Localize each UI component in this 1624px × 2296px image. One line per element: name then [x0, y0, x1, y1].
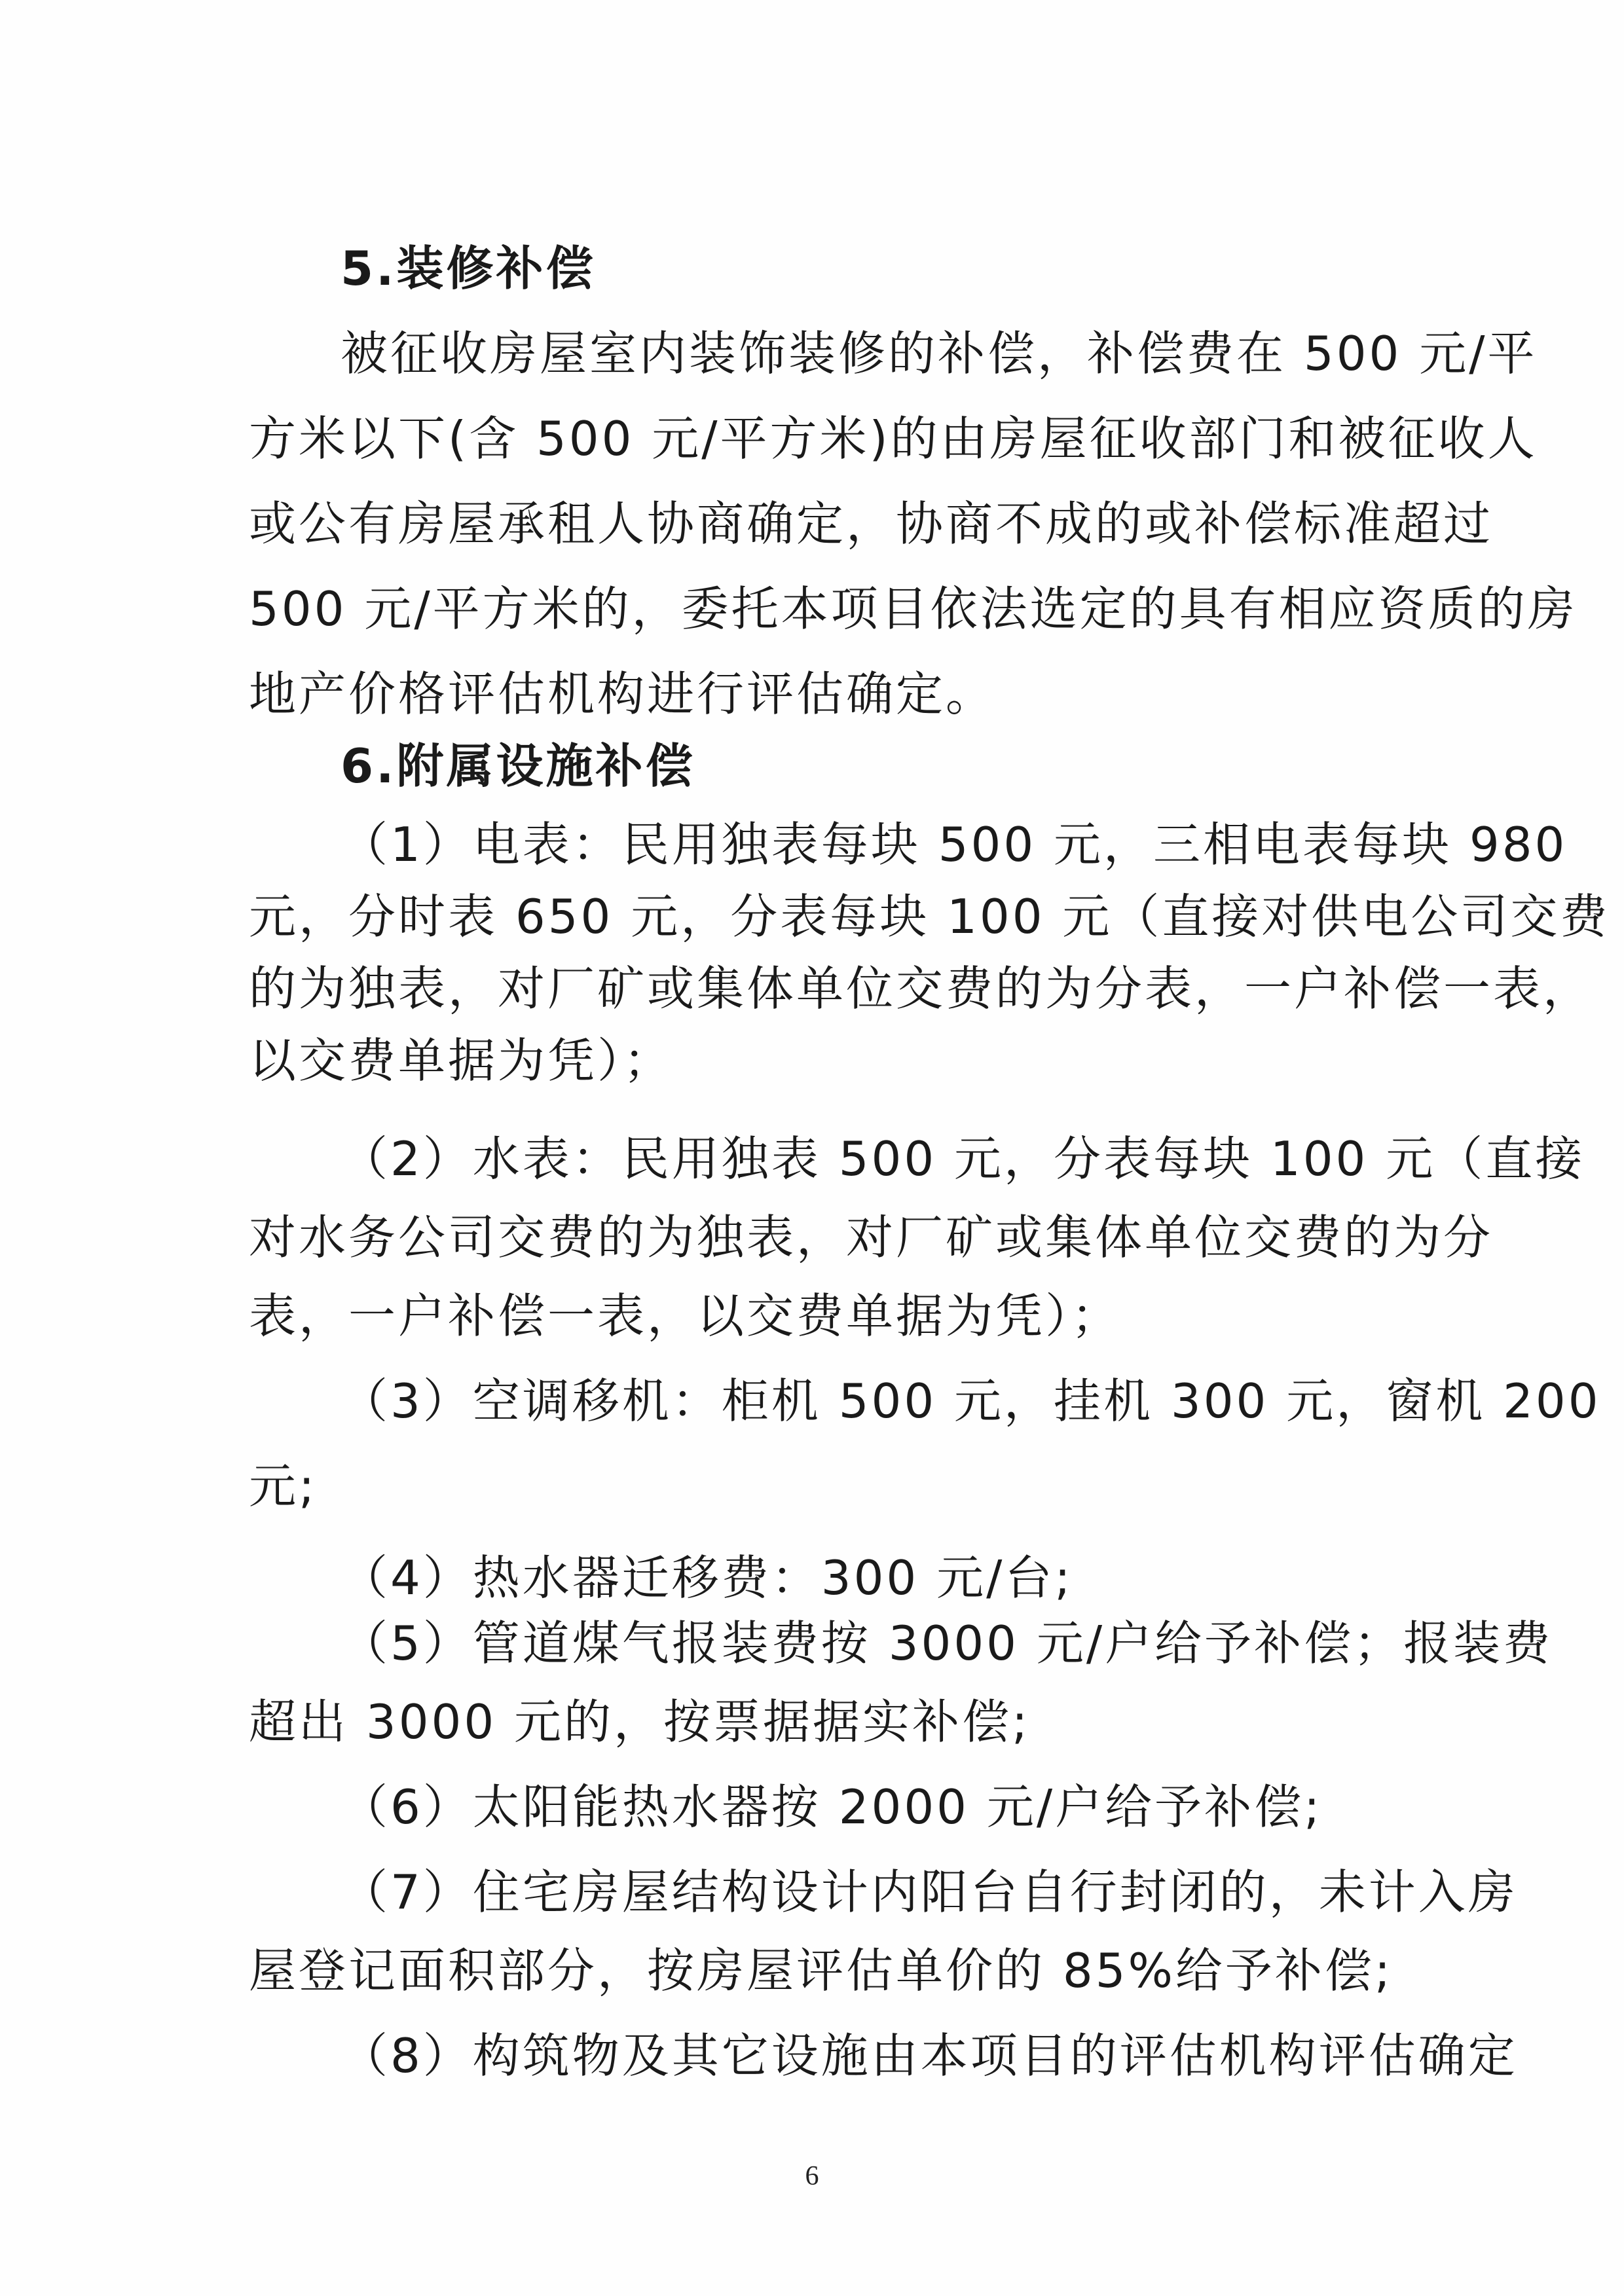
- item-3-line: （3）空调移机：柜机 500 元，挂机 300 元，窗机 200: [341, 1368, 1480, 1434]
- item-5-line: 超出 3000 元的，按票据据实补偿;: [249, 1689, 1388, 1755]
- paragraph-line: 方米以下(含 500 元/平方米)的由房屋征收部门和被征收人: [249, 406, 1388, 471]
- item-2-line: 对水务公司交费的为独表，对厂矿或集体单位交费的为分: [249, 1205, 1388, 1270]
- paragraph-line: 或公有房屋承租人协商确定，协商不成的或补偿标准超过: [249, 491, 1388, 556]
- item-8-line: （8）构筑物及其它设施由本项目的评估机构评估确定: [341, 2023, 1480, 2088]
- item-7-line: 屋登记面积部分，按房屋评估单价的 85%给予补偿;: [249, 1938, 1388, 2003]
- paragraph-line: 500 元/平方米的，委托本项目依法选定的具有相应资质的房: [249, 576, 1388, 642]
- item-7-line: （7）住宅房屋结构设计内阳台自行封闭的，未计入房: [341, 1859, 1480, 1925]
- item-2-line: 表，一户补偿一表，以交费单据为凭）；: [249, 1283, 1388, 1349]
- paragraph-line: 被征收房屋室内装饰装修的补偿，补偿费在 500 元/平: [341, 321, 1480, 386]
- page-number: 6: [0, 2160, 1624, 2192]
- paragraph-line: 地产价格评估机构进行评估确定。: [249, 661, 1388, 727]
- section-heading-facilities: 6.附属设施补偿: [341, 733, 1480, 799]
- item-5-line: （5）管道煤气报装费按 3000 元/户给予补偿；报装费: [341, 1611, 1480, 1676]
- item-1-line: （1）电表：民用独表每块 500 元，三相电表每块 980: [341, 812, 1480, 877]
- item-6-line: （6）太阳能热水器按 2000 元/户给予补偿;: [341, 1774, 1480, 1840]
- item-2-line: （2）水表：民用独表 500 元，分表每块 100 元（直接: [341, 1126, 1480, 1192]
- item-1-line: 元，分时表 650 元，分表每块 100 元（直接对供电公司交费: [249, 884, 1388, 949]
- item-1-line: 的为独表，对厂矿或集体单位交费的为分表，一户补偿一表，: [249, 956, 1388, 1021]
- item-3-line: 元;: [249, 1453, 1388, 1519]
- document-page: 5.装修补偿 被征收房屋室内装饰装修的补偿，补偿费在 500 元/平 方米以下(…: [0, 0, 1624, 2296]
- item-4-line: （4）热水器迁移费：300 元/台;: [341, 1545, 1480, 1611]
- item-1-line: 以交费单据为凭）；: [249, 1028, 1388, 1093]
- section-heading-decoration: 5.装修补偿: [341, 236, 1480, 301]
